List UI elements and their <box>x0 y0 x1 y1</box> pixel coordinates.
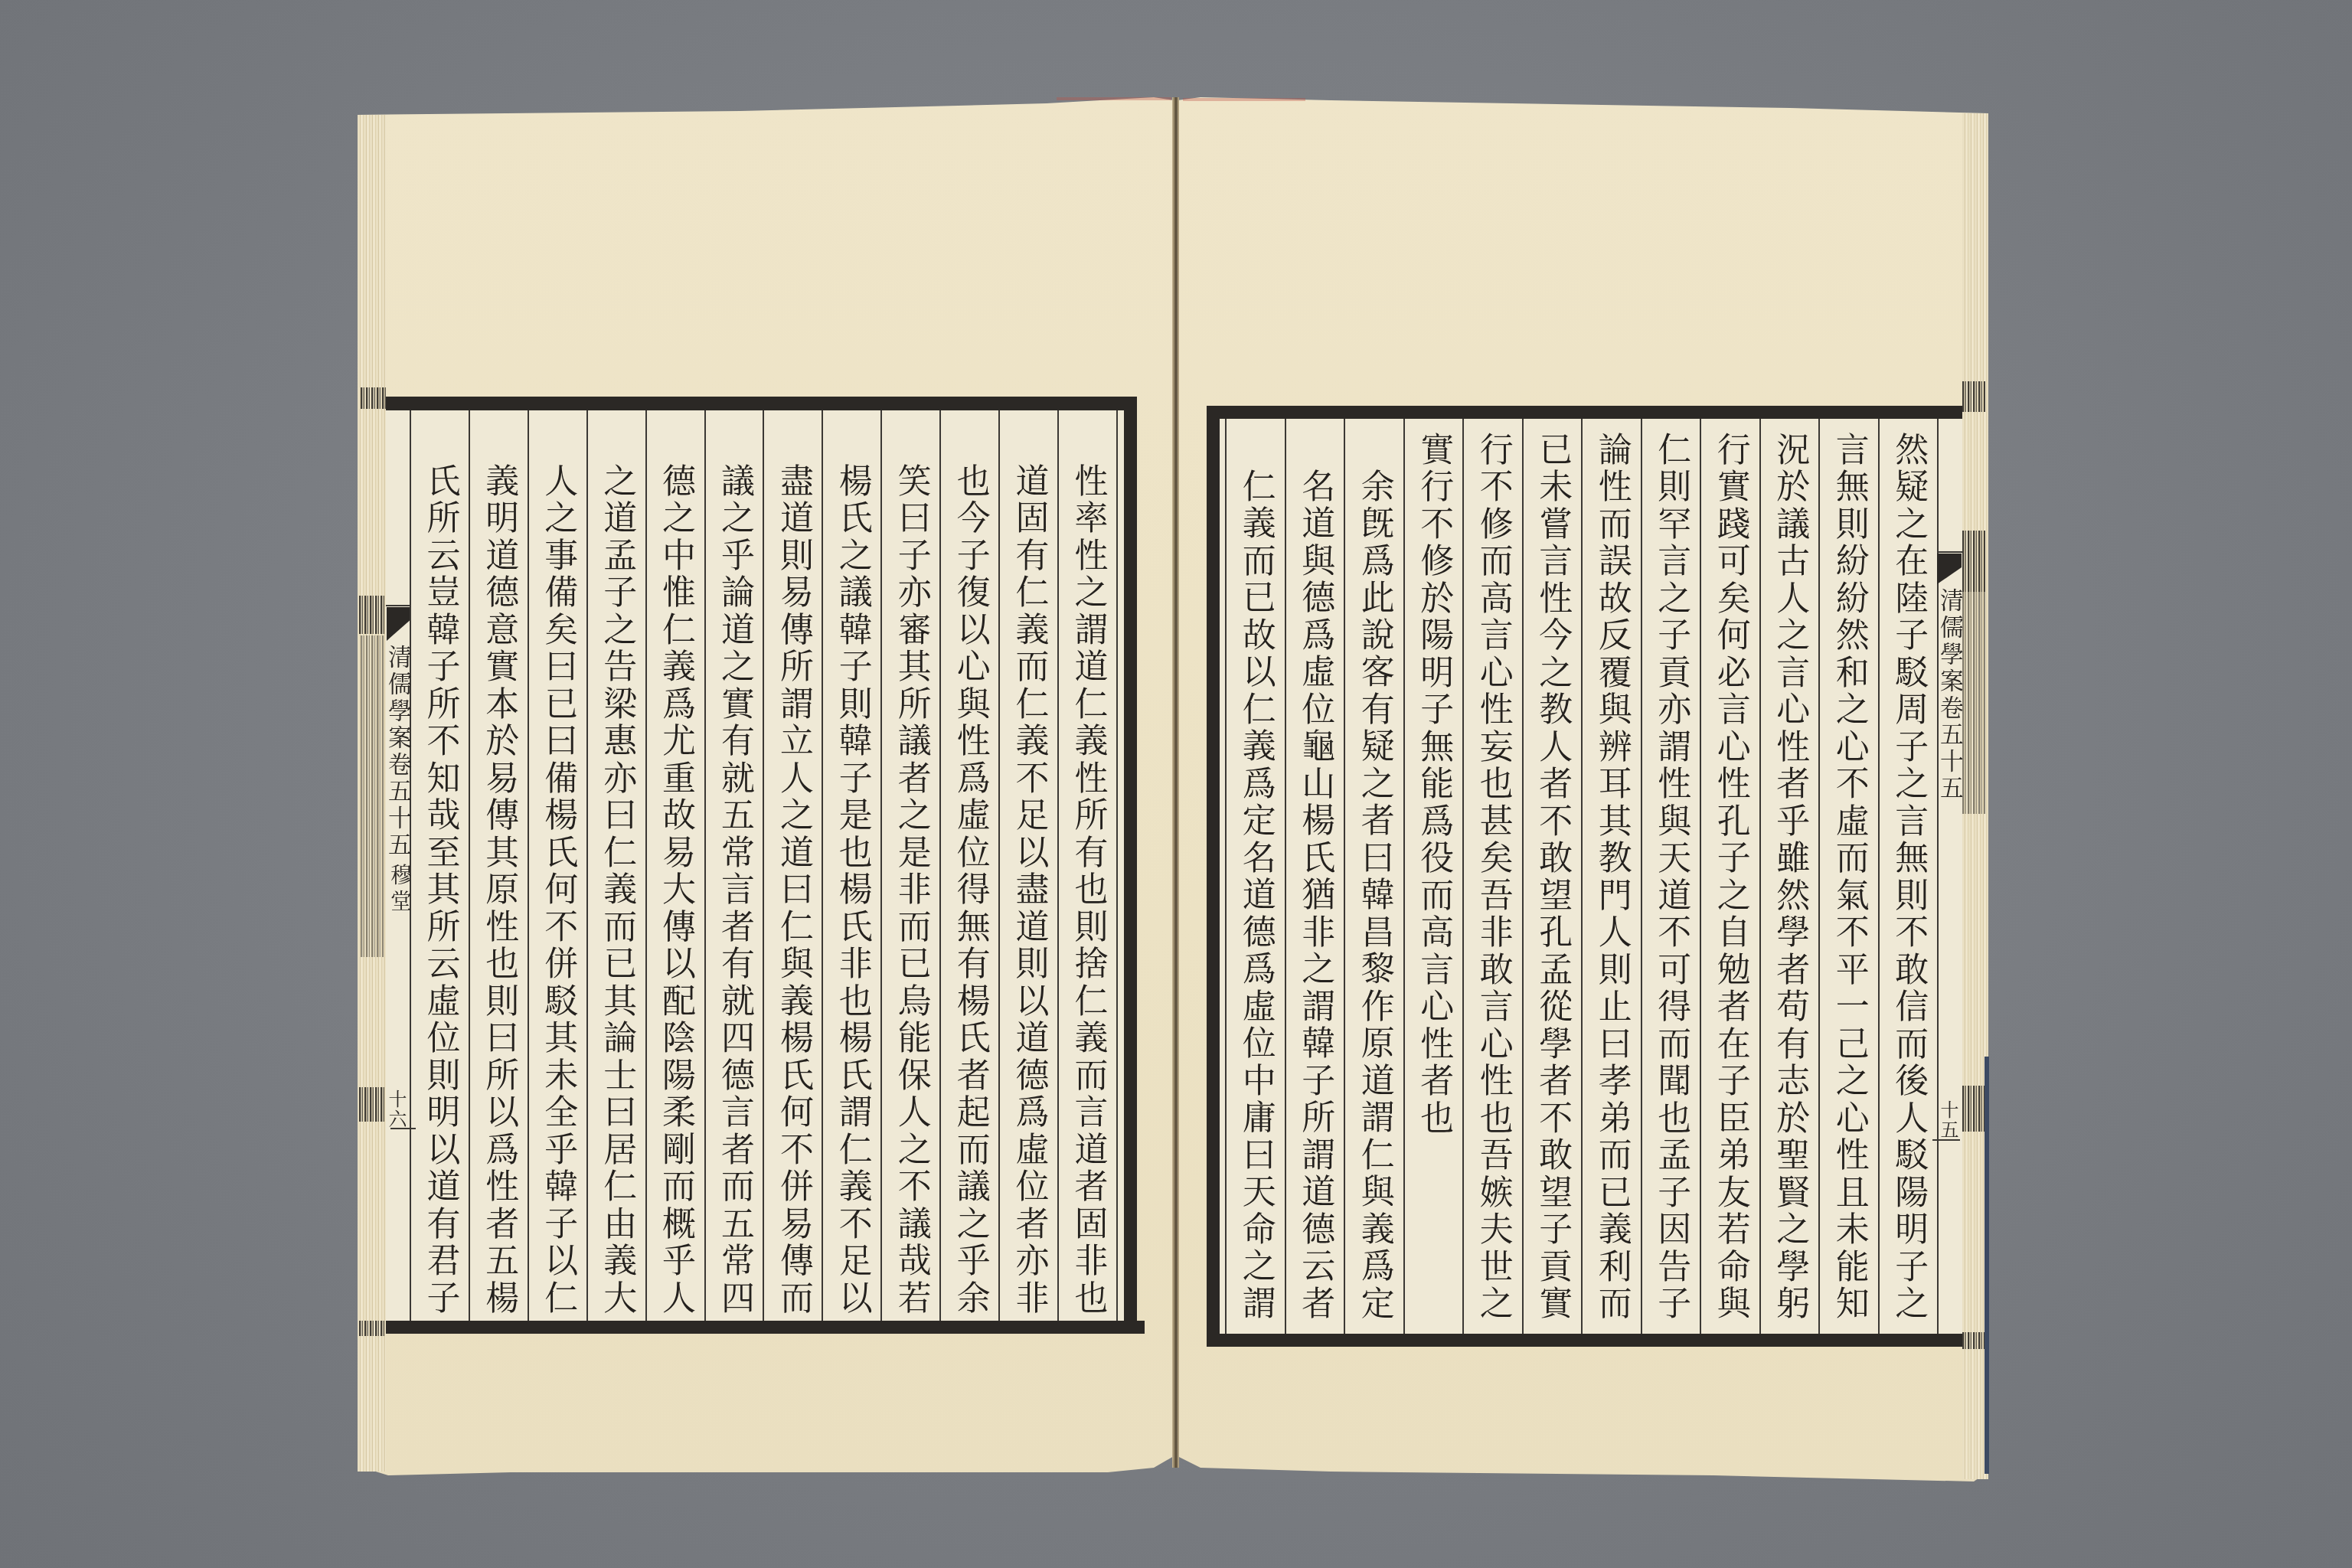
text-column: 楊氏之議韓子則韓子是也楊氏非也楊氏謂仁義不足以 <box>822 410 880 1321</box>
text-column: 行實踐可矣何必言心性孔子之自勉者在子臣弟友若命與 <box>1700 419 1759 1334</box>
text-column: 實行不修於陽明子無能爲役而高言心性者也 <box>1403 419 1463 1334</box>
page-number: 十五 <box>1939 1100 1960 1140</box>
text-column: 議之乎論道之實有就五常言者有就四德言者而五常四 <box>704 410 763 1321</box>
text-column: 言無則紛紛然和之心不虛而氣不平一己之心性且未能知 <box>1818 419 1878 1334</box>
book-gutter <box>1172 97 1179 1468</box>
text-column: 也今子復以心與性爲虛位得無有楊氏者起而議之乎余 <box>939 410 998 1321</box>
text-column: 道固有仁義而仁義不足以盡道則以道德爲虛位者亦非 <box>998 410 1057 1321</box>
banxin-title: 清儒學案卷五十五 <box>1937 588 1962 802</box>
text-column: 德之中惟仁義爲尤重故易大傳以配陰陽柔剛而概乎人 <box>645 410 704 1321</box>
text-column: 笑曰子亦審其所議者之是非而已烏能保人之不議哉若 <box>880 410 939 1321</box>
banxin-rule <box>386 605 410 606</box>
page-top-edge-tint <box>1057 97 1171 100</box>
banxin-section-name: 穆堂 <box>389 864 412 916</box>
book-photo-scene: 性率性之謂道仁義性所有也則捨仁義而言道者固非也 道固有仁義而仁義不足以盡道則以道… <box>0 0 2352 1568</box>
left-frame-top-border <box>386 397 1137 410</box>
banxin-rule <box>1932 1139 1960 1141</box>
text-column: 余旣爲此說客有疑之者曰韓昌黎作原道謂仁與義爲定 <box>1344 419 1403 1334</box>
banxin-rule <box>390 1128 416 1129</box>
text-column: 義明道德意實本於易傳其原性也則曰所以爲性者五楊 <box>469 410 528 1321</box>
text-column: 況於議古人之言心性者乎雖然學者苟有志於聖賢之學躬 <box>1759 419 1819 1334</box>
stacked-leaf-border-marks <box>359 1321 386 1336</box>
text-column: 然疑之在陸子駁周子之言無則不敢信而後人駁陽明子之 <box>1878 419 1938 1334</box>
right-text-columns: 然疑之在陸子駁周子之言無則不敢信而後人駁陽明子之 言無則紛紛然和之心不虛而氣不平… <box>1225 419 1939 1334</box>
text-column: 氏所云豈韓子所不知哉至其所云虛位則明以道有君子 <box>410 410 469 1321</box>
stacked-leaf-pagenum-marks <box>359 1087 385 1122</box>
banxin-title: 清儒學案卷五十五 <box>385 645 410 859</box>
text-column: 仁義而已故以仁義爲定名道德爲虛位中庸曰天命之謂 <box>1225 419 1285 1334</box>
text-column: 論性而誤故反覆與辨耳其教門人則止曰孝弟而已義利而 <box>1581 419 1641 1334</box>
left-frame-right-border <box>1124 397 1137 1334</box>
left-page-stack-edge <box>358 115 386 1472</box>
text-column: 性率性之謂道仁義性所有也則捨仁義而言道者固非也 <box>1057 410 1116 1321</box>
stacked-leaf-pagenum-marks <box>1962 1086 1985 1132</box>
right-frame-left-border <box>1207 406 1220 1346</box>
right-frame-top-border <box>1207 406 1962 419</box>
text-column: 已未嘗言性今之教人者不敢望孔孟從學者不敢望子貢實 <box>1522 419 1582 1334</box>
text-column: 人之事備矣曰已曰備楊氏何不併駁其未全乎韓子以仁 <box>528 410 586 1321</box>
text-column: 仁則罕言之子貢亦謂性與天道不可得而聞也孟子因告子 <box>1641 419 1700 1334</box>
page-number: 十六 <box>387 1089 408 1129</box>
book-cover-edge <box>1984 1057 1989 1474</box>
page-top-edge-tint <box>1183 98 1305 101</box>
text-column: 行不修而高言心性妄也甚矣吾非敢言心性也吾嫉夫世之 <box>1462 419 1522 1334</box>
stacked-leaf-title-marks <box>1962 592 1985 814</box>
text-column: 盡道則易傳所謂立人之道曰仁與義楊氏何不併易傳而 <box>763 410 822 1321</box>
stacked-leaf-border-marks <box>1962 1332 1985 1349</box>
text-column: 名道與德爲虛位龜山楊氏猶非之謂韓子所謂道德云者 <box>1285 419 1344 1334</box>
left-text-columns: 性率性之謂道仁義性所有也則捨仁義而言道者固非也 道固有仁義而仁義不足以盡道則以道… <box>410 410 1118 1321</box>
stacked-leaf-border-marks <box>361 387 386 409</box>
banxin-rule <box>1937 551 1962 553</box>
stacked-leaf-border-marks <box>1962 381 1985 412</box>
stacked-leaf-fishtail-marks <box>1962 531 1985 592</box>
stacked-leaf-title-marks <box>361 635 384 957</box>
stacked-leaf-fishtail-marks <box>359 596 386 634</box>
text-column: 之道孟子之告梁惠亦曰仁義而已其論士曰居仁由義大 <box>586 410 645 1321</box>
